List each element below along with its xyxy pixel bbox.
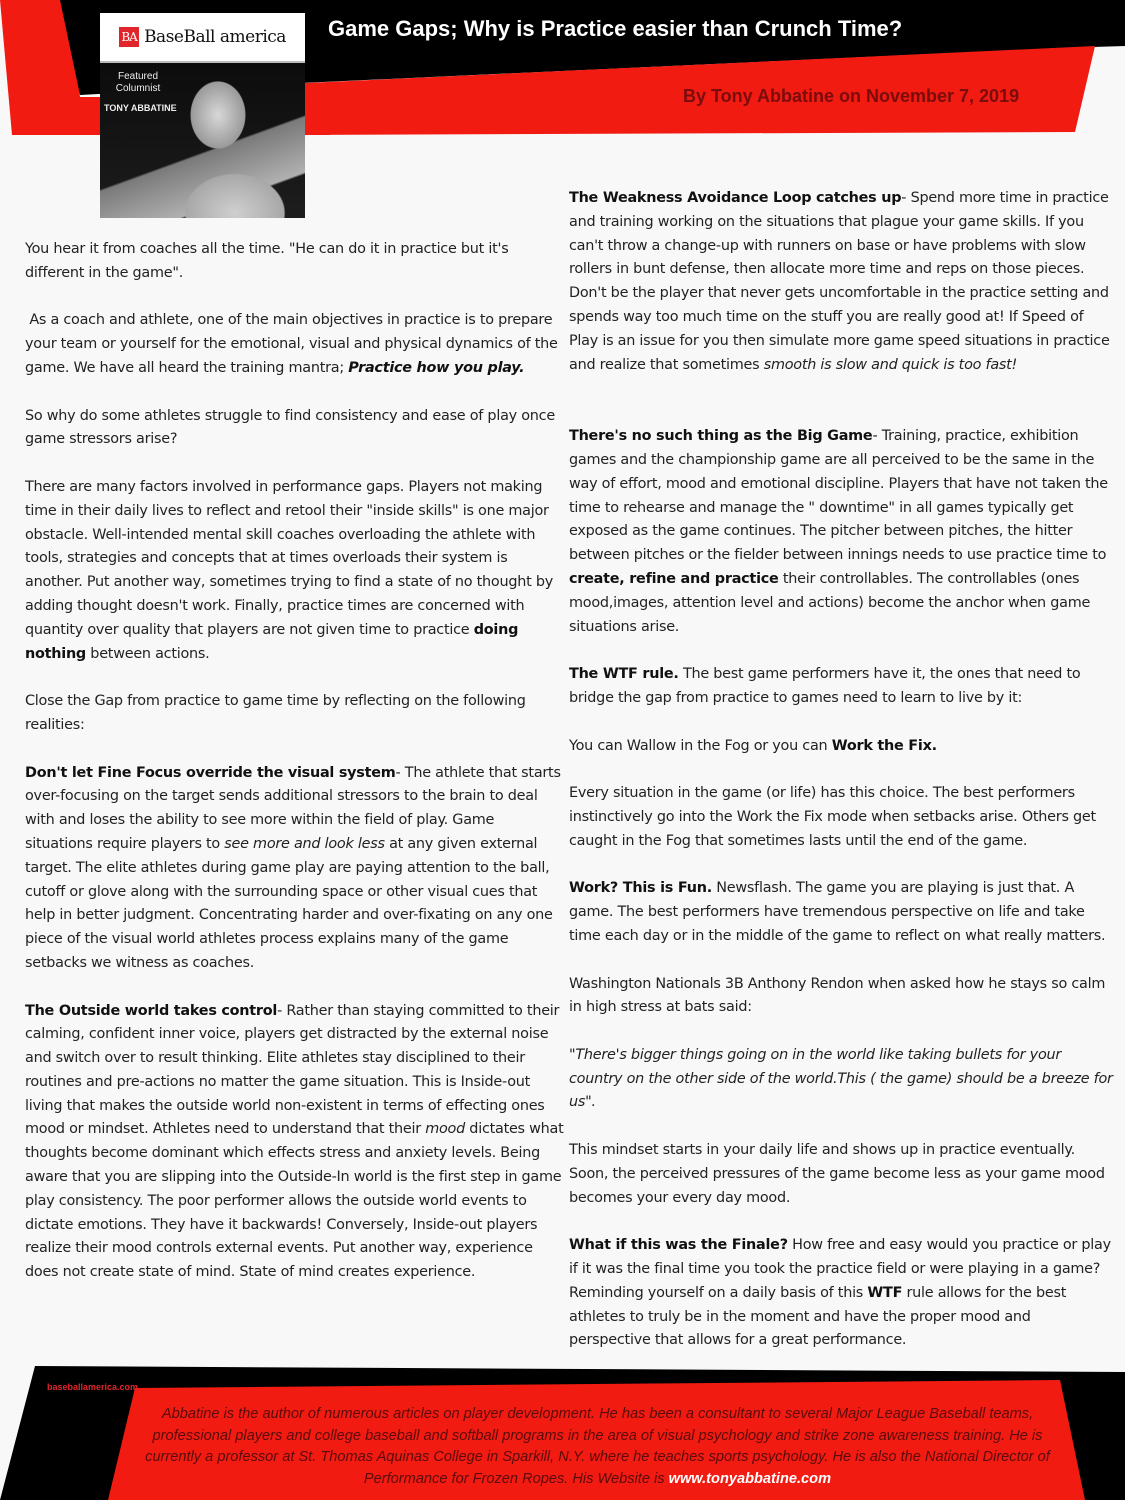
- section-fine-focus: Don't let Fine Focus override the visual…: [25, 762, 565, 976]
- paragraph-factors: There are many factors involved in perfo…: [25, 476, 565, 666]
- author-website-link[interactable]: www.tonyabbatine.com: [669, 1471, 831, 1487]
- paragraph-question: So why do some athletes struggle to find…: [25, 405, 565, 453]
- section-heading: Work? This is Fun.: [569, 880, 712, 896]
- paragraph-close-gap: Close the Gap from practice to game time…: [25, 690, 565, 738]
- spacer: [569, 401, 1114, 425]
- baseball-america-logo: BA BaseBall america: [100, 13, 305, 63]
- section-weakness-avoidance: The Weakness Avoidance Loop catches up- …: [569, 187, 1114, 377]
- paragraph-wtf: You can Wallow in the Fog or you can Wor…: [569, 735, 1114, 759]
- section-outside-world: The Outside world takes control- Rather …: [25, 1000, 565, 1286]
- left-column: You hear it from coaches all the time. "…: [25, 238, 565, 1309]
- mantra-emphasis: Practice how you play.: [348, 360, 524, 376]
- section-work-fun: Work? This is Fun. Newsflash. The game y…: [569, 877, 1114, 948]
- section-heading: Don't let Fine Focus override the visual…: [25, 765, 396, 781]
- section-wtf-rule: The WTF rule. The best game performers h…: [569, 663, 1114, 711]
- article-byline: By Tony Abbatine on November 7, 2019: [683, 86, 1019, 107]
- section-finale: What if this was the Finale? How free an…: [569, 1234, 1114, 1353]
- columnist-card: BA BaseBall america Featured Columnist T…: [100, 13, 305, 218]
- author-bio: Abbatine is the author of numerous artic…: [130, 1404, 1065, 1490]
- section-big-game: There's no such thing as the Big Game- T…: [569, 425, 1114, 639]
- section-heading: There's no such thing as the Big Game: [569, 428, 872, 444]
- footer-site-link[interactable]: baseballamerica.com: [47, 1382, 138, 1392]
- featured-columnist-label: Featured Columnist TONY ABBATINE: [104, 71, 172, 114]
- section-heading: The Weakness Avoidance Loop catches up: [569, 190, 901, 206]
- section-heading: What if this was the Finale?: [569, 1237, 788, 1253]
- ba-wordmark: BaseBall america: [144, 27, 286, 47]
- rendon-quote: "There's bigger things going on in the w…: [569, 1044, 1114, 1115]
- paragraph-rendon: Washington Nationals 3B Anthony Rendon w…: [569, 973, 1114, 1021]
- right-column: The Weakness Avoidance Loop catches up- …: [569, 187, 1114, 1377]
- ba-logo-mark: BA: [119, 27, 139, 47]
- paragraph-intro: You hear it from coaches all the time. "…: [25, 238, 565, 286]
- columnist-name: TONY ABBATINE: [104, 102, 172, 114]
- paragraph-choice: Every situation in the game (or life) ha…: [569, 782, 1114, 853]
- section-heading: The Outside world takes control: [25, 1003, 277, 1019]
- paragraph-objectives: As a coach and athlete, one of the main …: [25, 309, 565, 380]
- article-title: Game Gaps; Why is Practice easier than C…: [328, 16, 902, 42]
- featured-label: Featured Columnist: [104, 71, 172, 95]
- paragraph-mindset: This mindset starts in your daily life a…: [569, 1139, 1114, 1210]
- section-heading: The WTF rule.: [569, 666, 679, 682]
